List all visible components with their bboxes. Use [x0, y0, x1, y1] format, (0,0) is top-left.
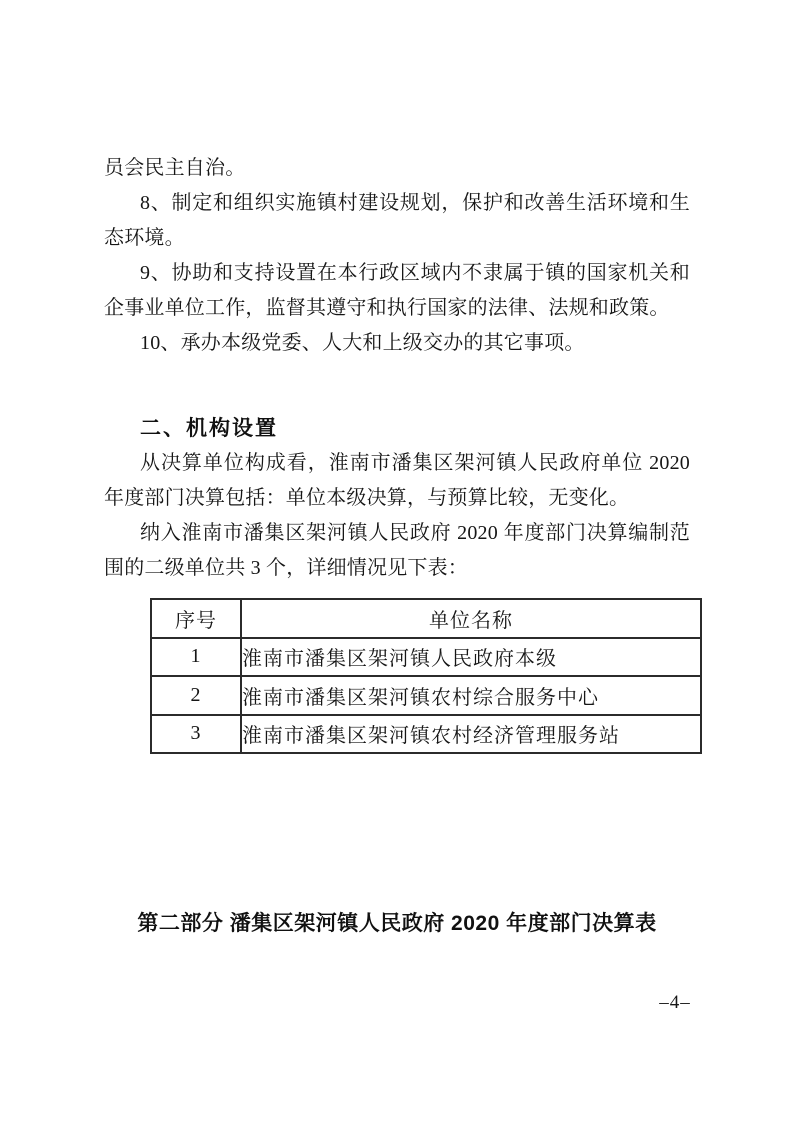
paragraph-continuation: 员会民主自治。 — [104, 151, 690, 186]
table-header-row: 序号 单位名称 — [151, 599, 701, 638]
section-heading-organization: 二、机构设置 — [104, 411, 690, 446]
column-header-index: 序号 — [151, 599, 241, 638]
cell-unit-name: 淮南市潘集区架河镇农村经济管理服务站 — [241, 715, 701, 754]
table-row: 1 淮南市潘集区架河镇人民政府本级 — [151, 638, 701, 677]
cell-index: 3 — [151, 715, 241, 754]
cell-unit-name: 淮南市潘集区架河镇农村综合服务中心 — [241, 676, 701, 715]
paragraph-units-scope: 纳入淮南市潘集区架河镇人民政府 2020 年度部门决算编制范围的二级单位共 3 … — [104, 516, 690, 586]
cell-index: 1 — [151, 638, 241, 677]
part2-heading: 第二部分 潘集区架河镇人民政府 2020 年度部门决算表 — [104, 906, 690, 941]
list-item-9: 9、协助和支持设置在本行政区域内不隶属于镇的国家机关和企事业单位工作，监督其遵守… — [104, 256, 690, 326]
document-body: 员会民主自治。 8、制定和组织实施镇村建设规划，保护和改善生活环境和生态环境。 … — [104, 151, 690, 941]
units-table: 序号 单位名称 1 淮南市潘集区架河镇人民政府本级 2 淮南市潘集区架河镇农村综… — [150, 598, 702, 754]
document-page: 员会民主自治。 8、制定和组织实施镇村建设规划，保护和改善生活环境和生态环境。 … — [0, 0, 793, 1122]
page-number: –4– — [648, 992, 702, 1014]
paragraph-budget-overview: 从决算单位构成看，淮南市潘集区架河镇人民政府单位 2020 年度部门决算包括：单… — [104, 446, 690, 516]
table-row: 3 淮南市潘集区架河镇农村经济管理服务站 — [151, 715, 701, 754]
list-item-10: 10、承办本级党委、人大和上级交办的其它事项。 — [104, 326, 690, 361]
cell-index: 2 — [151, 676, 241, 715]
list-item-8: 8、制定和组织实施镇村建设规划，保护和改善生活环境和生态环境。 — [104, 186, 690, 256]
cell-unit-name: 淮南市潘集区架河镇人民政府本级 — [241, 638, 701, 677]
column-header-unit-name: 单位名称 — [241, 599, 701, 638]
table-row: 2 淮南市潘集区架河镇农村综合服务中心 — [151, 676, 701, 715]
